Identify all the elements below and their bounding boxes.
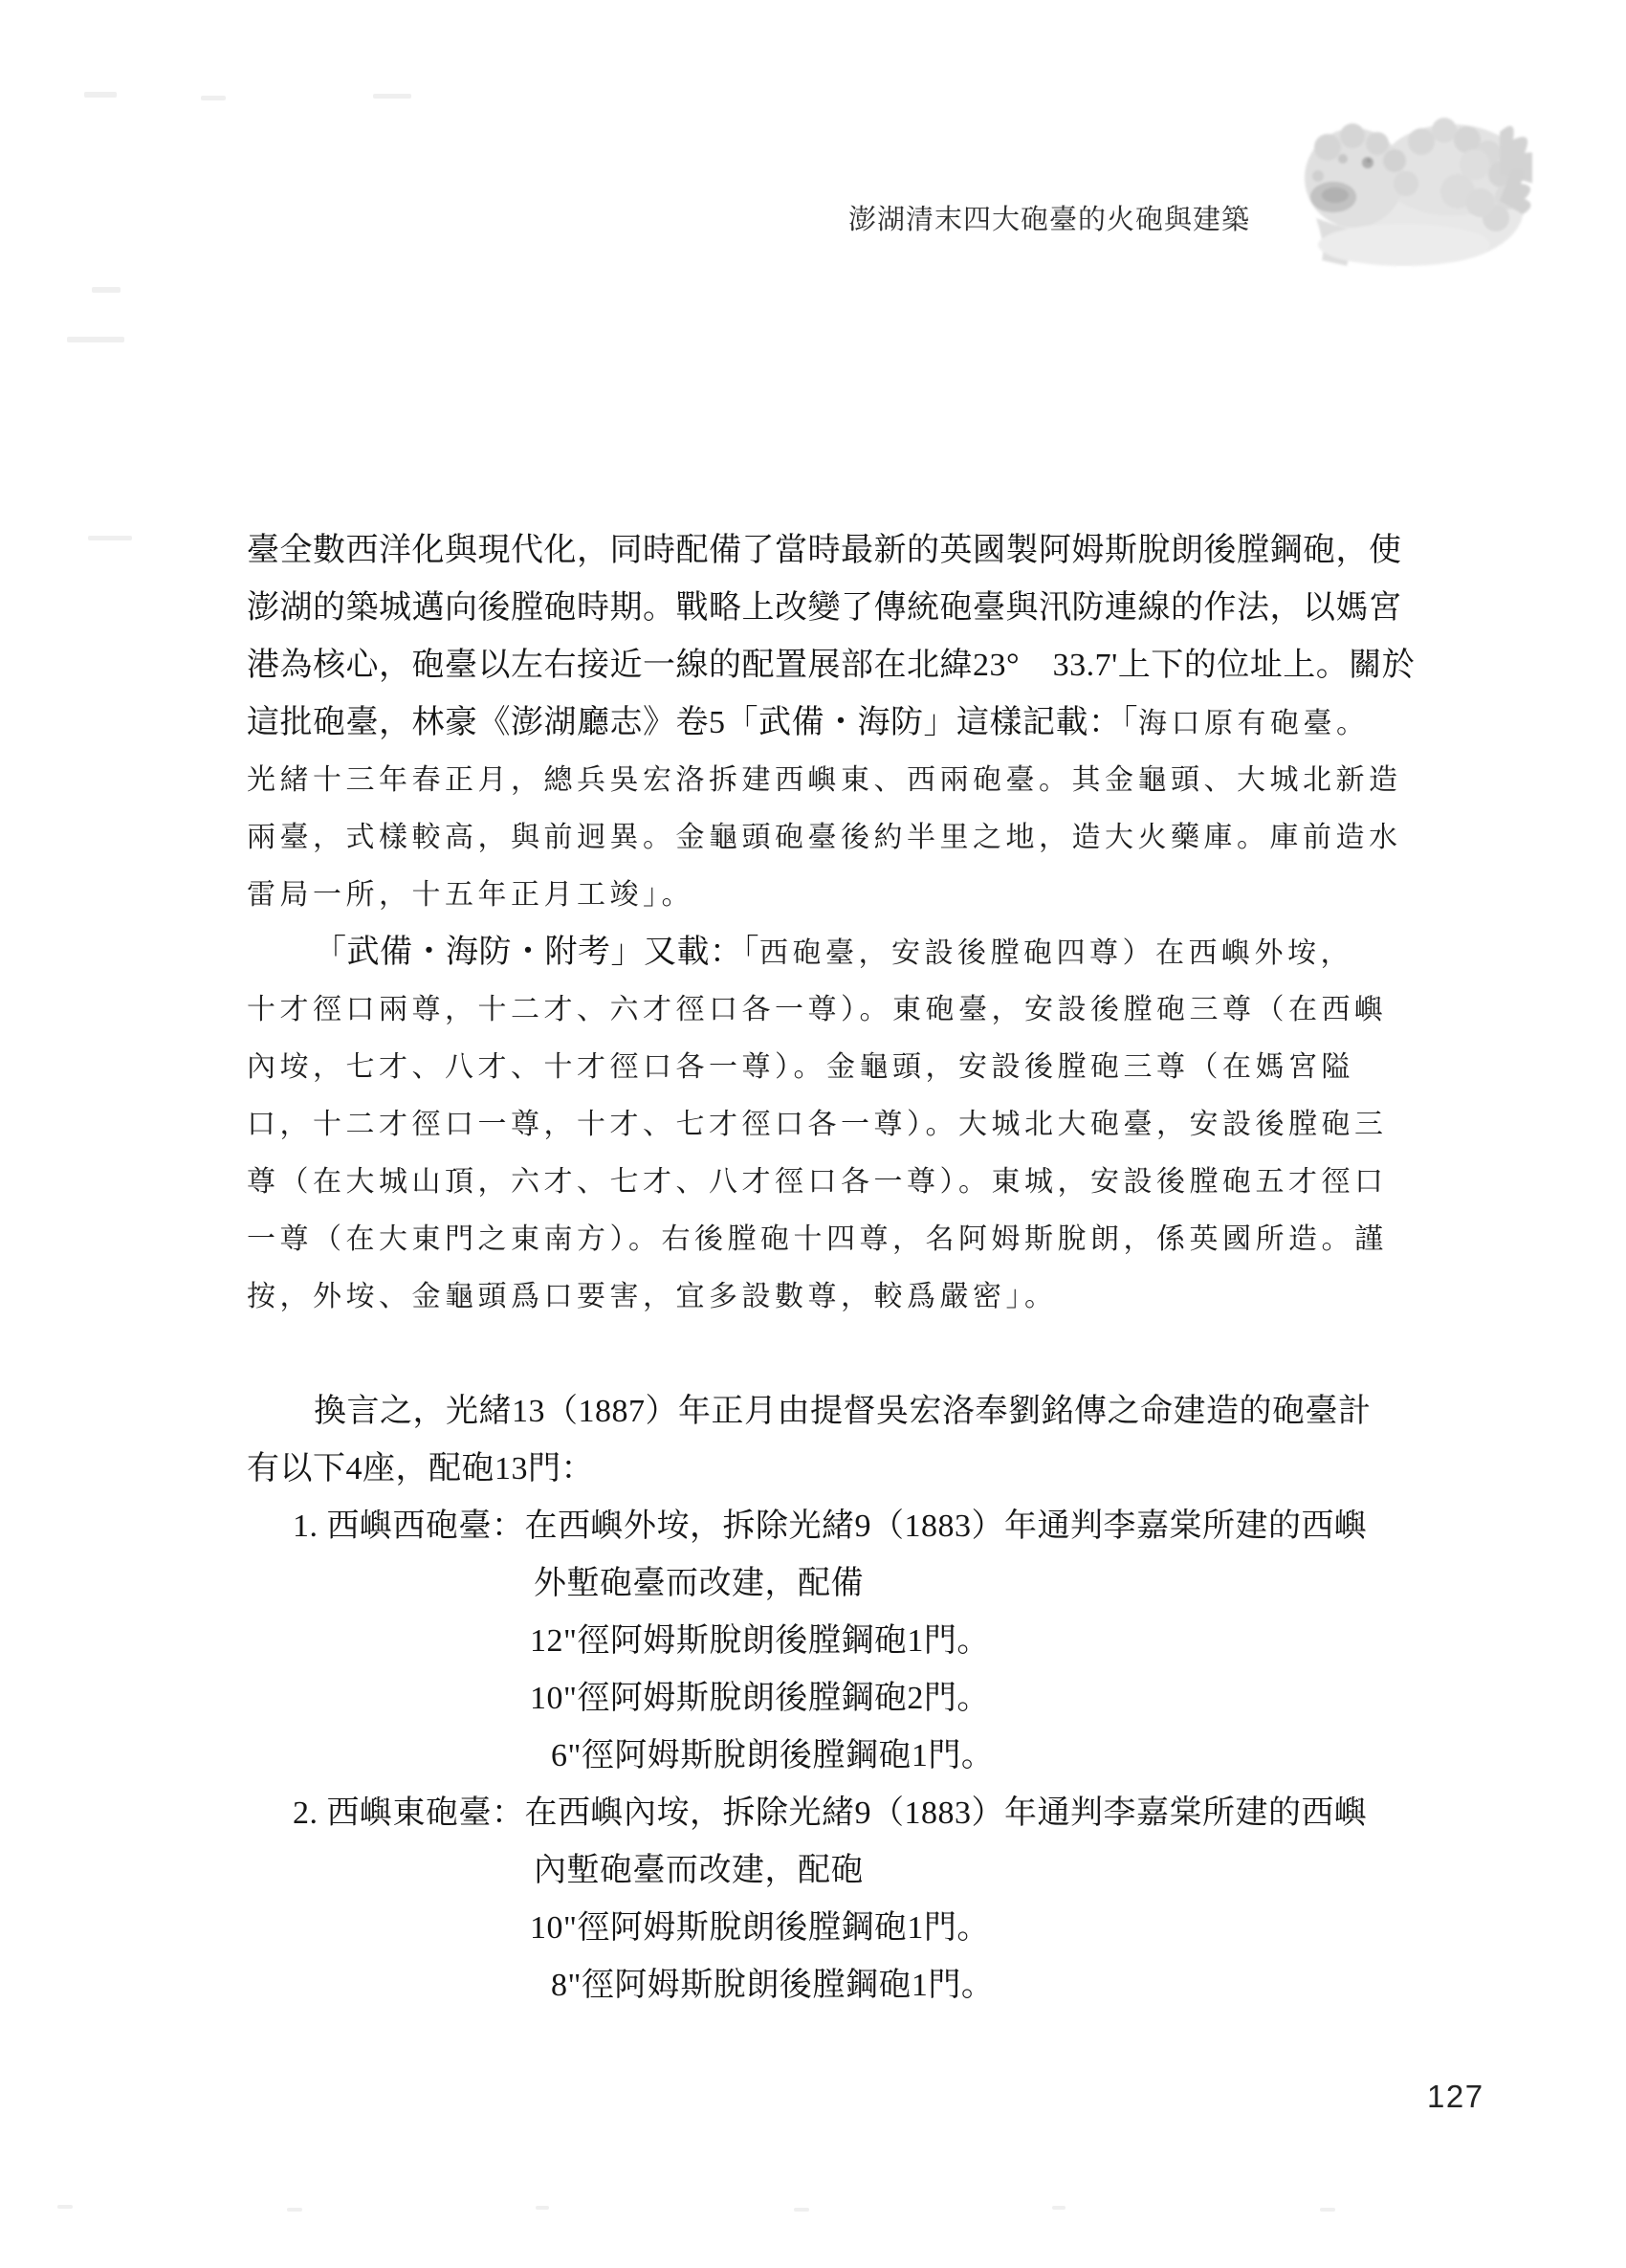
gun-spec-line: 12"徑阿姆斯脫朗後膛鋼砲1門。 xyxy=(247,1613,1395,1670)
scan-artifact xyxy=(536,2206,549,2210)
paragraph-1: 臺全數西洋化與現代化，同時配備了當時最新的英國製阿姆斯脫朗後膛鋼砲，使 澎湖的築… xyxy=(247,522,1395,924)
list-item-heading: 1. 西嶼西砲臺：在西嶼外垵，拆除光緒9（1883）年通判李嘉棠所建的西嶼 xyxy=(247,1498,1395,1555)
scan-artifact xyxy=(1052,2206,1066,2210)
quote-line: 光緒十三年春正月，總兵吳宏洛拆建西嶼東、西兩砲臺。其金龜頭、大城北新造 xyxy=(247,752,1395,809)
lion-statue-image xyxy=(1261,103,1532,274)
text-line: 有以下4座，配砲13門： xyxy=(247,1441,1395,1498)
narrative-text: 這批砲臺，林豪《澎湖廳志》卷5「武備・海防」這樣記載：「 xyxy=(247,705,1138,740)
list-item-2: 2. 西嶼東砲臺：在西嶼內垵，拆除光緒9（1883）年通判李嘉棠所建的西嶼 內塹… xyxy=(247,1785,1395,2015)
scan-artifact xyxy=(201,96,226,100)
scan-artifact xyxy=(57,2205,73,2209)
text-line: 臺全數西洋化與現代化，同時配備了當時最新的英國製阿姆斯脫朗後膛鋼砲，使 xyxy=(247,522,1395,580)
text-column: 臺全數西洋化與現代化，同時配備了當時最新的英國製阿姆斯脫朗後膛鋼砲，使 澎湖的築… xyxy=(247,522,1395,2015)
text-line: 港為核心，砲臺以左右接近一線的配置展部在北緯23° 33.7'上下的位址上。關於 xyxy=(247,637,1395,694)
scan-artifact xyxy=(1320,2208,1335,2212)
gun-spec-line: 8"徑阿姆斯脫朗後膛鋼砲1門。 xyxy=(247,1957,1395,2015)
scan-artifact xyxy=(373,94,411,99)
text-line: 澎湖的築城邁向後膛砲時期。戰略上改變了傳統砲臺與汛防連線的作法，以媽宮 xyxy=(247,580,1395,637)
scan-artifact xyxy=(92,287,121,293)
quoted-text: 西砲臺，安設後膛砲四尊）在西嶼外垵， xyxy=(759,937,1353,969)
scan-artifact xyxy=(287,2208,302,2212)
paragraph-2: 「武備・海防・附考」又載：「西砲臺，安設後膛砲四尊）在西嶼外垵， 十才徑口兩尊，… xyxy=(247,924,1395,1326)
scan-artifact xyxy=(794,2208,809,2212)
scan-artifact xyxy=(84,92,117,98)
gun-spec-line: 6"徑阿姆斯脫朗後膛鋼砲1門。 xyxy=(247,1728,1395,1785)
list-item-heading: 2. 西嶼東砲臺：在西嶼內垵，拆除光緒9（1883）年通判李嘉棠所建的西嶼 xyxy=(247,1785,1395,1842)
page-number: 127 xyxy=(1427,2079,1484,2115)
narrative-text: 「武備・海防・附考」又載：「 xyxy=(314,935,759,970)
scan-artifact xyxy=(88,536,132,540)
text-line-mixed: 「武備・海防・附考」又載：「西砲臺，安設後膛砲四尊）在西嶼外垵， xyxy=(247,924,1395,981)
gun-spec-line: 10"徑阿姆斯脫朗後膛鋼砲1門。 xyxy=(247,1900,1395,1957)
list-item-continuation: 外塹砲臺而改建，配備 xyxy=(247,1555,1395,1613)
running-head-title: 澎湖清末四大砲臺的火砲與建築 xyxy=(848,198,1250,237)
quote-line: 內垵，七才、八才、十才徑口各一尊）。金龜頭，安設後膛砲三尊（在媽宮隘 xyxy=(247,1039,1395,1096)
quote-line: 雷局一所，十五年正月工竣」。 xyxy=(247,867,1395,924)
paragraph-3: 換言之，光緒13（1887）年正月由提督吳宏洛奉劉銘傳之命建造的砲臺計 有以下4… xyxy=(247,1383,1395,1498)
gun-spec-line: 10"徑阿姆斯脫朗後膛鋼砲2門。 xyxy=(247,1670,1395,1728)
quote-line: 十才徑口兩尊，十二才、六才徑口各一尊）。東砲臺，安設後膛砲三尊（在西嶼 xyxy=(247,981,1395,1039)
quoted-text: 海口原有砲臺。 xyxy=(1138,708,1370,739)
quote-line: 尊（在大城山頂，六才、七才、八才徑口各一尊）。東城，安設後膛砲五才徑口 xyxy=(247,1154,1395,1211)
list-item-1: 1. 西嶼西砲臺：在西嶼外垵，拆除光緒9（1883）年通判李嘉棠所建的西嶼 外塹… xyxy=(247,1498,1395,1785)
text-line: 換言之，光緒13（1887）年正月由提督吳宏洛奉劉銘傳之命建造的砲臺計 xyxy=(247,1383,1395,1441)
quote-line: 一尊（在大東門之東南方）。右後膛砲十四尊，名阿姆斯脫朗，係英國所造。謹 xyxy=(247,1211,1395,1268)
quote-line: 按，外垵、金龜頭爲口要害，宜多設數尊，較爲嚴密」。 xyxy=(247,1268,1395,1326)
lion-statue-icon xyxy=(1261,103,1532,274)
scan-artifact xyxy=(67,337,124,342)
book-page: 澎湖清末四大砲臺的火砲與建築 xyxy=(0,0,1626,2268)
list-item-continuation: 內塹砲臺而改建，配砲 xyxy=(247,1842,1395,1900)
quote-line: 口，十二才徑口一尊，十才、七才徑口各一尊）。大城北大砲臺，安設後膛砲三 xyxy=(247,1096,1395,1154)
text-line-mixed: 這批砲臺，林豪《澎湖廳志》卷5「武備・海防」這樣記載：「海口原有砲臺。 xyxy=(247,694,1395,752)
quote-line: 兩臺，式樣較高，與前迥異。金龜頭砲臺後約半里之地，造大火藥庫。庫前造水 xyxy=(247,809,1395,867)
